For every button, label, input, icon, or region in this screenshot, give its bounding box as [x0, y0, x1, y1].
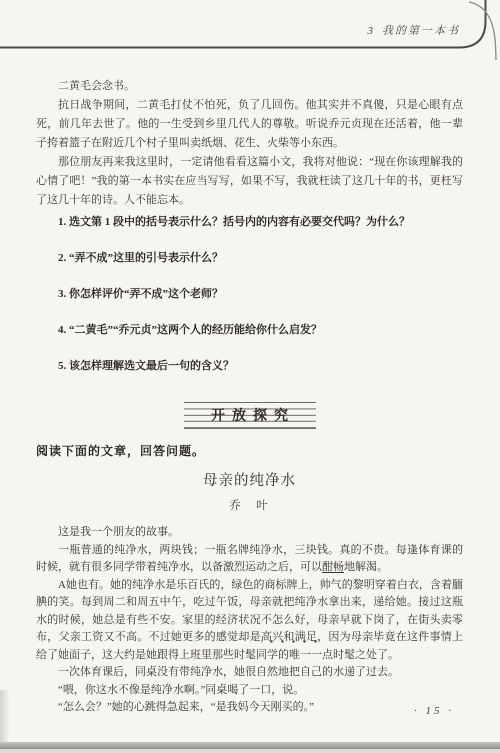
question-item: 5. 该怎样理解选文最后一句的含义？: [36, 357, 463, 376]
article-title: 母亲的纯净水: [36, 472, 463, 491]
page-edge-shadow: [0, 742, 500, 749]
article-author: 乔 叶: [36, 497, 463, 516]
paragraph-text: 地解渴。: [344, 561, 388, 573]
article-paragraph: 一次体育课后，同桌没有带纯净水，她很自然地把自己的水递了过去。: [36, 664, 463, 682]
book-page: 3我的第一本书 二黄毛会念书。 抗日战争期间，二黄毛打仗不怕死，负了几回伤。他其…: [0, 0, 500, 753]
lesson-title: 我的第一本书: [382, 25, 460, 37]
scan-smudge: [0, 690, 10, 745]
question-item: 1. 选文第 1 段中的括号表示什么？括号内的内容有必要交代吗？为什么？: [36, 213, 463, 232]
emphasized-words: 高兴和满足: [261, 631, 317, 643]
section-banner: 开放探究: [184, 402, 316, 429]
page-content: 二黄毛会念书。 抗日战争期间，二黄毛打仗不怕死，负了几回伤。他其实并不真傻，只是…: [36, 77, 463, 717]
article-body: 这是我一个朋友的故事。 一瓶普通的纯净水，两块钱；一瓶名牌纯净水，三块钱。真的不…: [36, 524, 463, 717]
lesson-number: 3: [368, 25, 374, 37]
lesson-paragraph: 抗日战争期间，二黄毛打仗不怕死，负了几回伤。他其实并不真傻，只是心眼有点死，前几…: [36, 96, 463, 153]
article-paragraph: A她也有。她的纯净水是乐百氏的，绿色的商标牌上，帅气的黎明穿着白衣，含着腼腆的笑…: [36, 577, 463, 665]
question-item: 3. 你怎样评价“弄不成”这个老师？: [36, 285, 463, 304]
reading-instruction: 阅读下面的文章，回答问题。: [36, 442, 463, 461]
running-head: 3我的第一本书: [368, 22, 461, 38]
lesson-paragraph: 那位朋友再来我这里时，一定请他看看这篇小文，我将对他说：“现在你该理解我的心情了…: [36, 153, 463, 210]
article-paragraph: “怎么会？”她的心跳得急起来，“是我妈今天刚买的。”: [36, 699, 463, 717]
question-item: 4. “二黄毛”“乔元贞”这两个人的经历能给你什么启发？: [36, 321, 463, 340]
lesson-paragraph: 二黄毛会念书。: [36, 77, 463, 96]
article-paragraph: 这是我一个朋友的故事。: [36, 524, 463, 542]
page-edge-lip: [0, 749, 500, 753]
article-paragraph: “喂，你这水不像是纯净水啊。”同桌喝了一口，说。: [36, 682, 463, 700]
question-list: 1. 选文第 1 段中的括号表示什么？括号内的内容有必要交代吗？为什么？ 2. …: [36, 213, 463, 376]
page-number: · 15 ·: [414, 705, 454, 717]
paragraph-text: 一瓶普通的纯净水，两块钱；一瓶名牌纯净水，三块钱。真的不贵。每逢体育课的时候，就…: [36, 544, 463, 574]
underlined-word: 酣畅: [322, 561, 344, 573]
section-banner-title: 开放探究: [184, 406, 316, 425]
article-paragraph: 一瓶普通的纯净水，两块钱；一瓶名牌纯净水，三块钱。真的不贵。每逢体育课的时候，就…: [36, 542, 463, 577]
question-item: 2. “弄不成”这里的引号表示什么？: [36, 249, 463, 268]
